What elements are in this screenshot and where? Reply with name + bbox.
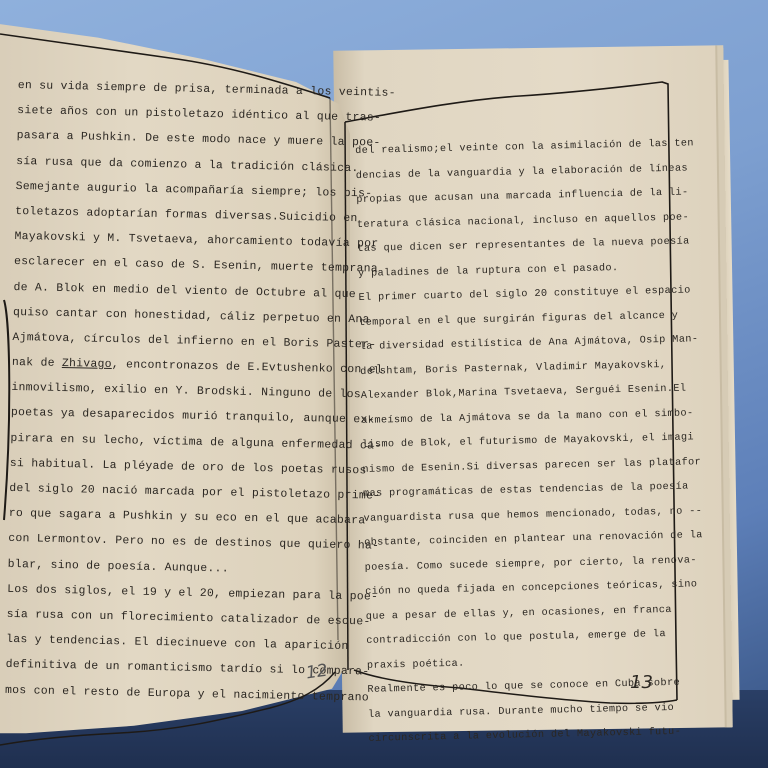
page-number-left: 12 bbox=[305, 661, 329, 684]
right-page-text: del realismo;el veinte con la asimilació… bbox=[355, 133, 687, 753]
page-number-right: 13 bbox=[630, 672, 653, 693]
underlined-title: Zhivago bbox=[62, 358, 112, 371]
left-page-text: en su vida siempre de prisa, terminada a… bbox=[5, 74, 338, 710]
photo-scene: en su vida siempre de prisa, terminada a… bbox=[0, 0, 768, 768]
